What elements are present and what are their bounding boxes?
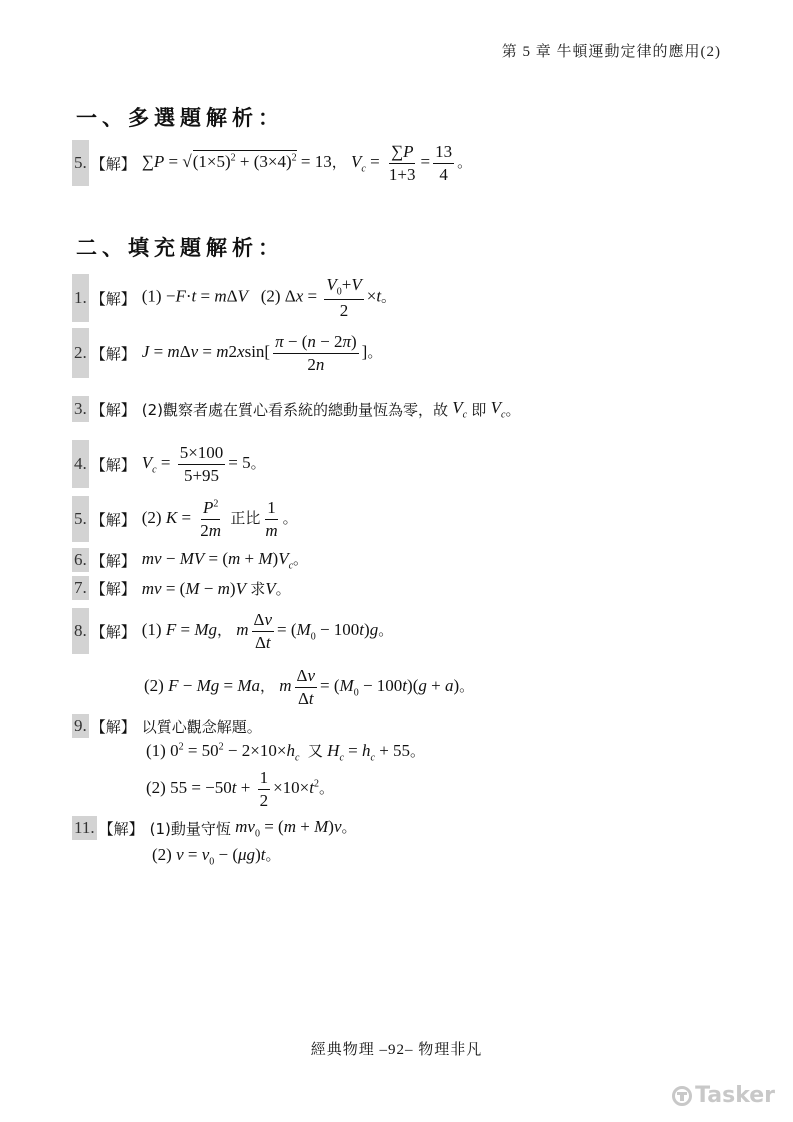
question-number: 4. [72,440,89,488]
watermark-text: Tasker [695,1083,775,1108]
solution-label: 【解】 [91,153,136,174]
solution-label: 【解】 [91,454,136,475]
answer-11-part-2: (2) v = v0 − (μg)t。 [152,844,280,868]
solution-text: (2)觀察者處在質心看系統的總動量恆為零，故 [142,399,448,420]
equation: (2) K = P22m 正比1m。 [142,498,298,540]
answer-1: 1. 【解】 (1) −F·t = mΔV (2) Δx = V0+V2×t。 [72,274,396,322]
answer-3: 3. 【解】 (2)觀察者處在質心看系統的總動量恆為零，故 Vc 即 Vc。 [72,396,520,422]
answer-7: 7. 【解】 mv = (M − m)V 求V。 [72,576,291,600]
answer-8-part-2: (2) F − Mg = Ma， mΔvΔt= (M0 − 100t)(g + … [144,664,474,710]
answer-8: 8. 【解】 (1) F = Mg， mΔvΔt= (M0 − 100t)g。 [72,608,393,654]
solution-label: 【解】 [99,818,144,839]
solution-label: 【解】 [91,509,136,530]
question-number: 11. [72,816,97,840]
question-number: 8. [72,608,89,654]
equation: (1) −F·t = mΔV (2) Δx = V0+V2×t。 [142,275,396,320]
section-title-multiple-choice: 一、多選題解析： [76,102,284,132]
equation: (2) 55 = −50t + 12×10×t2。 [146,768,334,810]
equation: Vc = 5×1005+95= 5。 [142,443,266,485]
question-number: 9. [72,714,89,738]
equation: (1) F = Mg， mΔvΔt= (M0 − 100t)g。 [142,610,393,652]
solution-text: 以質心觀念解題。 [142,716,262,737]
question-number: 2. [72,328,89,378]
answer-mc-5: 5. 【解】 ∑P = √(1×5)2 + (3×4)2 = 13， Vc = … [72,140,472,186]
question-number: 5. [72,140,89,186]
equation: mv = (M − m)V 求V。 [142,578,291,599]
question-number: 6. [72,548,89,572]
solution-label: 【解】 [91,716,136,737]
equation: (2) F − Mg = Ma， mΔvΔt= (M0 − 100t)(g + … [144,666,474,708]
solution-label: 【解】 [91,288,136,309]
equation: J = mΔv = m2xsin[π − (n − 2π)2n]。 [142,332,383,374]
section-title-fill-in: 二、填充題解析： [76,232,284,262]
solution-label: 【解】 [91,343,136,364]
page-footer: 經典物理 –92– 物理非凡 [0,1038,793,1059]
question-number: 7. [72,576,89,600]
question-number: 1. [72,274,89,322]
answer-4: 4. 【解】 Vc = 5×1005+95= 5。 [72,440,266,488]
equation: (1) 02 = 502 − 2×10×hc 又 Hc = hc + 55。 [146,740,425,763]
equation: ∑P = √(1×5)2 + (3×4)2 = 13， Vc = ∑P1+3=1… [142,142,472,184]
answer-9-part-1: (1) 02 = 502 − 2×10×hc 又 Hc = hc + 55。 [146,740,425,764]
running-head: 第 5 章 牛頓運動定律的應用(2) [502,40,721,61]
solution-label: 【解】 [91,578,136,599]
watermark: Tasker [672,1083,775,1108]
answer-11: 11. 【解】 (1)動量守恆 mv0 = (m + M)v。 [72,816,357,840]
equation: mv0 = (m + M)v。 [231,816,357,839]
equation: mv − MV = (m + M)Vc。 [142,548,308,571]
solution-label: 【解】 [91,399,136,420]
answer-9: 9. 【解】 以質心觀念解題。 [72,714,262,738]
tasker-logo-icon [672,1086,692,1106]
solution-label: 【解】 [91,621,136,642]
answer-6: 6. 【解】 mv − MV = (m + M)Vc。 [72,548,308,572]
solution-label: 【解】 [91,550,136,571]
question-number: 5. [72,496,89,542]
answer-2: 2. 【解】 J = mΔv = m2xsin[π − (n − 2π)2n]。 [72,328,382,378]
answer-9-part-2: (2) 55 = −50t + 12×10×t2。 [146,766,334,812]
equation: (2) v = v0 − (μg)t。 [152,844,280,867]
answer-5: 5. 【解】 (2) K = P22m 正比1m。 [72,496,298,542]
question-number: 3. [72,396,89,422]
